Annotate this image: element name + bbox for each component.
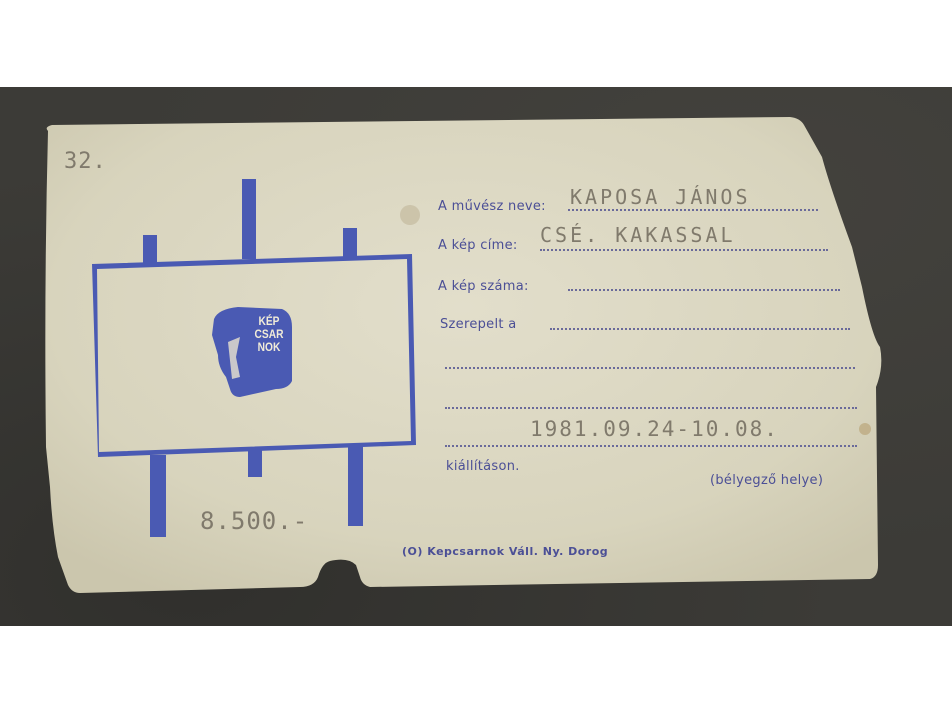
dates-dotted-line (445, 445, 857, 447)
blank-dotted-line-1 (445, 367, 855, 369)
artist-label: A művész neve: (438, 199, 546, 214)
stamp-place-label: (bélyegző helye) (710, 473, 823, 488)
exhibition-suffix: kiállításon. (446, 459, 520, 474)
title-label: A kép címe: (438, 238, 518, 253)
price-pencil: 8.500.- (200, 507, 308, 535)
number-dotted-line (568, 289, 840, 291)
title-value: CSÉ. KAKASSAL (540, 223, 736, 247)
logo-wordmark: KÉP CSAR NOK (249, 315, 288, 354)
exhibition-label-card: KÉP CSAR NOK 32. A művész neve: KAPOSA J… (0, 87, 952, 626)
artist-value: KAPOSA JÁNOS (570, 185, 751, 209)
printer-footer: (O) Kepcsarnok Váll. Ny. Dorog (402, 545, 608, 558)
blank-dotted-line-2 (445, 407, 857, 409)
number-label: A kép száma: (438, 279, 529, 294)
photo-background: KÉP CSAR NOK 32. A művész neve: KAPOSA J… (0, 87, 952, 626)
exhibition-dates: 1981.09.24-10.08. (530, 417, 779, 441)
title-dotted-line (540, 249, 828, 251)
corner-number: 32. (64, 149, 107, 174)
artist-dotted-line (568, 209, 818, 211)
featured-label: Szerepelt a (440, 317, 517, 332)
featured-dotted-line (550, 328, 850, 330)
